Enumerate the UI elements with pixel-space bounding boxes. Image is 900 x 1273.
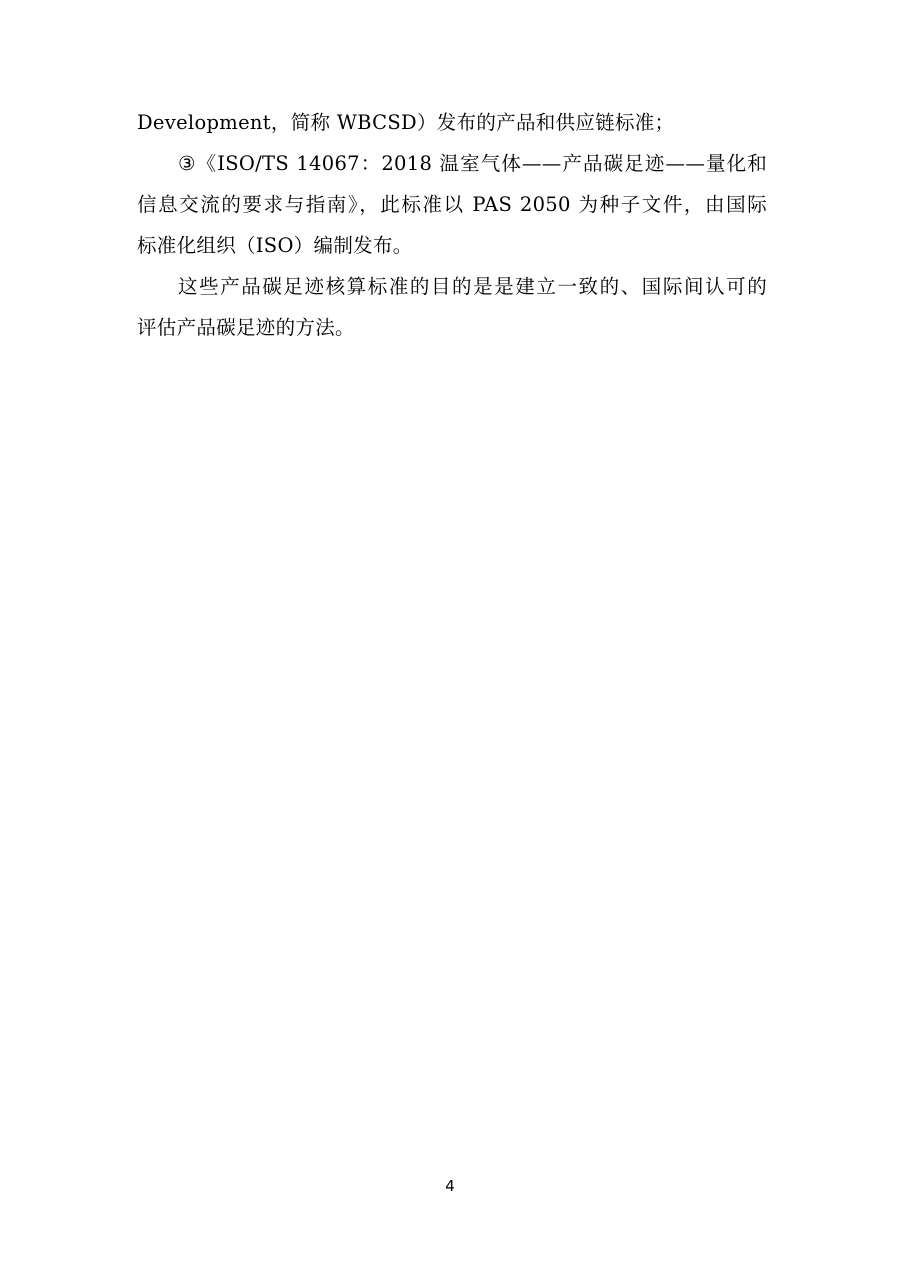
text-line-iso-publisher: 标准化组织（ISO）编制发布。 [137,234,767,258]
text-line-iso-title: ③《ISO/TS 14067：2018 温室气体——产品碳足迹——量化和 [178,152,767,176]
text-line-method: 评估产品碳足迹的方法。 [137,316,767,340]
text-line-wbcsd: Development，简称 WBCSD）发布的产品和供应链标准； [137,111,767,135]
page-number: 4 [0,1177,900,1195]
text-line-iso-guide: 信息交流的要求与指南》，此标准以 PAS 2050 为种子文件，由国际 [137,193,767,217]
document-page: Development，简称 WBCSD）发布的产品和供应链标准； ③《ISO/… [0,0,900,1273]
text-line-purpose: 这些产品碳足迹核算标准的目的是是建立一致的、国际间认可的 [178,275,767,299]
